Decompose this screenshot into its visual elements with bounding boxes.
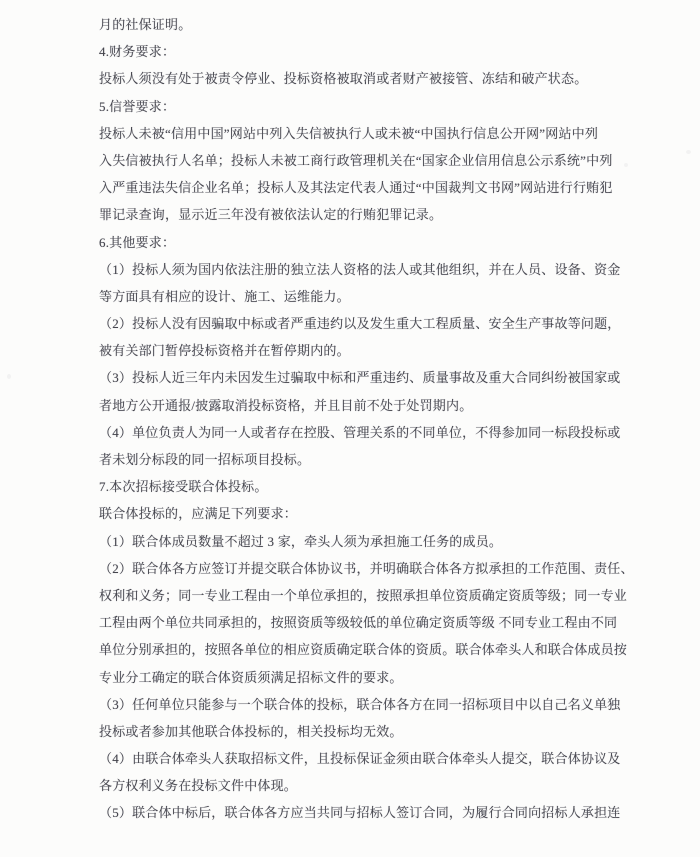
text-line: 专业分工确定的联合体资质须满足招标文件的要求。: [99, 664, 630, 691]
text-line: 7.本次招标接受联合体投标。: [99, 473, 630, 500]
text-line: 投标人未被“信用中国”网站中列入失信被执行人或未被“中国执行信息公开网”网站中列: [99, 120, 630, 147]
text-line: 联合体投标的，应满足下列要求：: [99, 500, 630, 527]
scan-speck: [686, 150, 691, 154]
text-line: （3）投标人近三年内未因发生过骗取中标和严重违约、质量事故及重大合同纠纷被国家或: [99, 364, 630, 391]
text-line: 等方面具有相应的设计、施工、运维能力。: [99, 283, 630, 310]
text-line: （1）联合体成员数量不超过 3 家，牵头人须为承担施工任务的成员。: [99, 528, 630, 555]
text-line: 者未划分标段的同一招标项目投标。: [99, 446, 630, 473]
text-line: （4）单位负责人为同一人或者存在控股、管理关系的不同单位，不得参加同一标段投标或: [99, 419, 630, 446]
text-line: （2）联合体各方应签订并提交联合体协议书，并明确联合体各方拟承担的工作范围、责任…: [99, 555, 630, 582]
text-line: 入失信被执行人名单；投标人未被工商行政管理机关在“国家企业信用信息公示系统”中列: [99, 147, 630, 174]
text-line: 5.信誉要求：: [99, 93, 630, 120]
document-body: 月的社保证明。 4.财务要求： 投标人须没有处于被责令停业、投标资格被取消或者财…: [99, 11, 630, 827]
text-line: 入严重违法失信企业名单；投标人及其法定代表人通过“中国裁判文书网”网站进行行贿犯: [99, 174, 630, 201]
text-line: 权利和义务；同一专业工程由一个单位承担的，按照承担单位资质确定资质等级；同一专业: [99, 582, 630, 609]
text-line: 4.财务要求：: [99, 38, 630, 65]
text-line: 者地方公开通报/披露取消投标资格，并且目前不处于处罚期内。: [99, 392, 630, 419]
text-line: （5）联合体中标后，联合体各方应当共同与招标人签订合同，为履行合同向招标人承担连: [99, 799, 630, 826]
scan-speck: [624, 163, 628, 167]
text-line: 单位分别承担的，按照各单位的相应资质确定联合体的资质。联合体牵头人和联合体成员按: [99, 636, 630, 663]
text-line: 月的社保证明。: [99, 11, 630, 38]
text-line: 投标或者参加其他联合体投标的，相关投标均无效。: [99, 718, 630, 745]
document-page: 月的社保证明。 4.财务要求： 投标人须没有处于被责令停业、投标资格被取消或者财…: [0, 0, 700, 857]
text-line: 罪记录查询，显示近三年没有被依法认定的行贿犯罪记录。: [99, 201, 630, 228]
text-line: 工程由两个单位共同承担的，按照资质等级较低的单位确定资质等级 不同专业工程由不同: [99, 609, 630, 636]
text-line: 6.其他要求：: [99, 229, 630, 256]
text-line: 各方权利义务在投标文件中体现。: [99, 772, 630, 799]
scan-speck: [7, 374, 11, 379]
text-line: 被有关部门暂停投标资格并在暂停期内的。: [99, 337, 630, 364]
text-line: （2）投标人没有因骗取中标或者严重违约以及发生重大工程质量、安全生产事故等问题，: [99, 310, 630, 337]
text-line: （1）投标人须为国内依法注册的独立法人资格的法人或其他组织，并在人员、设备、资金: [99, 256, 630, 283]
text-line: 投标人须没有处于被责令停业、投标资格被取消或者财产被接管、冻结和破产状态。: [99, 65, 630, 92]
text-line: （3）任何单位只能参与一个联合体的投标，联合体各方在同一招标项目中以自己名义单独: [99, 691, 630, 718]
text-line: （4）由联合体牵头人获取招标文件，且投标保证金须由联合体牵头人提交，联合体协议及: [99, 745, 630, 772]
